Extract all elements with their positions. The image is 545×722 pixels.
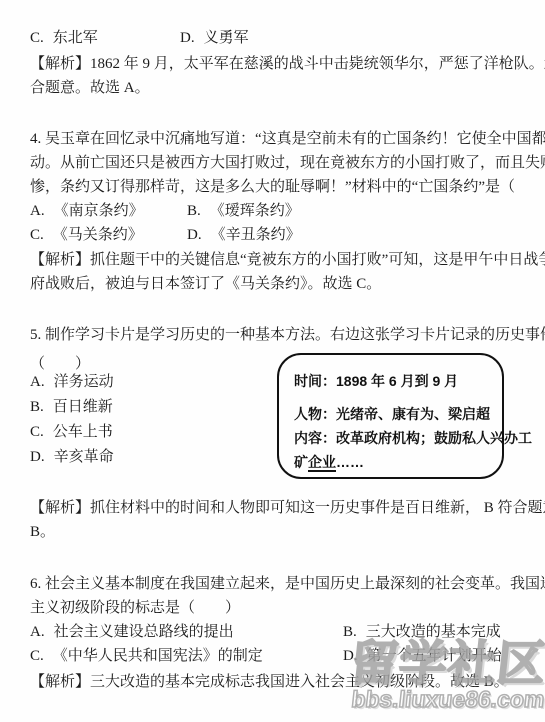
option-label: B. [187,201,201,221]
option-text: 《南京条约》 [54,203,144,219]
option-text: 东北军 [53,30,98,46]
question6-option-a: A.社会主义建设总路线的提出 [30,622,234,642]
option-label: D. [187,225,202,245]
option-label: A. [30,201,45,221]
option-label: D. [180,28,195,48]
question3-analysis: 【解析】1862 年 9 月，太平军在慈溪的战斗中击毙统领华尔，严惩了洋枪队。选… [30,52,522,100]
option-text: 《中华人民共和国宪法》的制定 [53,648,263,664]
card-time-line: 时间：1898 年 6 月到 9 月 [294,369,492,393]
question6-option-d: D.第一个五年计划开始 [343,646,502,666]
question4-stem: 4. 吴玉章在回忆录中沉痛地写道：“这真是空前未有的亡国条约！它使全中国都为之震… [30,127,522,199]
question6-options-row2: C.《中华人民共和国宪法》的制定 D.第一个五年计划开始 [0,646,545,668]
question5-option-d: D.辛亥革命 [30,447,114,467]
option-text: 辛亥革命 [54,449,114,465]
option-text: 公车上书 [53,424,113,440]
question6-options-row1: A.社会主义建设总路线的提出 B.三大改造的基本完成 [0,622,545,644]
question5-option-a: A.洋务运动 [30,372,114,392]
option-label: C. [30,646,44,666]
option-label: D. [343,646,358,666]
analysis-line: 【解析】抓住材料中的时间和人物即可知这一历史事件是百日维新， B 符合题意。故选 [30,496,522,520]
stem-line: 主义初级阶段的标志是（ ） [30,596,522,620]
question4-options-row2: C.《马关条约》 D.《辛丑条约》 [0,225,545,247]
question6-stem: 6. 社会主义基本制度在我国建立起来，是中国历史上最深刻的社会变革。我国进入社会… [30,572,522,620]
option-text: 义勇军 [204,30,249,46]
question4-option-d: D.《辛丑条约》 [187,225,301,245]
option-label: B. [343,622,357,642]
stem-line: 5. 制作学习卡片是学习历史的一种基本方法。右边这张学习卡片记录的历史事件是 [30,323,522,347]
question4-options-row1: A.《南京条约》 B.《瑷珲条约》 [0,201,545,223]
analysis-line: 【解析】1862 年 9 月，太平军在慈溪的战斗中击毙统领华尔，严惩了洋枪队。选… [30,52,522,76]
card-content-line1: 内容：改革政府机构；鼓励私人兴办工 [294,426,492,450]
question6-option-c: C.《中华人民共和国宪法》的制定 [30,646,263,666]
option-text: 《瑷珲条约》 [210,203,300,219]
option-label: C. [30,225,44,245]
card-spacer [294,393,492,402]
exam-document: C.东北军 D.义勇军 【解析】1862 年 9 月，太平军在慈溪的战斗中击毙统… [0,0,545,722]
analysis-line: 合题意。故选 A。 [30,76,522,100]
stem-line: 动。从前亡国还只是被西方大国打败过，现在竟被东方的小国打败了，而且失败得那样 [30,151,522,175]
card-people-line: 人物：光绪帝、康有为、梁启超 [294,402,492,426]
option-label: C. [30,28,44,48]
option-text: 洋务运动 [54,374,114,390]
analysis-line: B。 [30,520,522,544]
analysis-line: 【解析】三大改造的基本完成标志我国进入社会主义初级阶段。故选 B。 [30,670,522,694]
question4-option-b: B.《瑷珲条约》 [187,201,300,221]
analysis-line: 府战败后，被迫与日本签订了《马关条约》。故选 C。 [30,272,522,296]
question6-option-b: B.三大改造的基本完成 [343,622,501,642]
option-label: A. [30,622,45,642]
option-label: C. [30,422,44,442]
option-text: 《辛丑条约》 [211,227,301,243]
card-content-underlined: 企业 [308,454,336,470]
option-label: A. [30,372,45,392]
card-content-suffix: …… [336,454,364,470]
option-label: D. [30,447,45,467]
option-text: 三大改造的基本完成 [366,624,501,640]
option-text: 社会主义建设总路线的提出 [54,624,234,640]
option-text: 百日维新 [53,399,113,415]
question4-option-c: C.《马关条约》 [30,225,143,245]
study-card: 时间：1898 年 6 月到 9 月 人物：光绪帝、康有为、梁启超 内容：改革政… [277,353,504,479]
stem-line: 4. 吴玉章在回忆录中沉痛地写道：“这真是空前未有的亡国条约！它使全中国都为之震 [30,127,522,151]
analysis-line: 【解析】抓住题干中的关键信息“竟被东方的小国打败”可知，这是甲午中日战争，清政 [30,248,522,272]
question4-option-a: A.《南京条约》 [30,201,144,221]
question5-analysis: 【解析】抓住材料中的时间和人物即可知这一历史事件是百日维新， B 符合题意。故选… [30,496,522,544]
question3-option-d: D.义勇军 [180,28,249,48]
question5-option-b: B.百日维新 [30,397,113,417]
option-text: 《马关条约》 [53,227,143,243]
stem-line: 惨，条约又订得那样苛，这是多么大的耻辱啊！”材料中的“亡国条约”是（ ） [30,175,522,199]
question5-option-c: C.公车上书 [30,422,113,442]
option-label: B. [30,397,44,417]
card-content-prefix: 矿 [294,454,308,470]
option-text: 第一个五年计划开始 [367,648,502,664]
card-content-line2: 矿企业…… [294,450,492,474]
stem-line: 6. 社会主义基本制度在我国建立起来，是中国历史上最深刻的社会变革。我国进入社会 [30,572,522,596]
question6-analysis: 【解析】三大改造的基本完成标志我国进入社会主义初级阶段。故选 B。 [30,670,522,694]
question3-options-row: C.东北军 D.义勇军 [0,28,545,50]
question4-analysis: 【解析】抓住题干中的关键信息“竟被东方的小国打败”可知，这是甲午中日战争，清政 … [30,248,522,296]
question3-option-c: C.东北军 [30,28,98,48]
